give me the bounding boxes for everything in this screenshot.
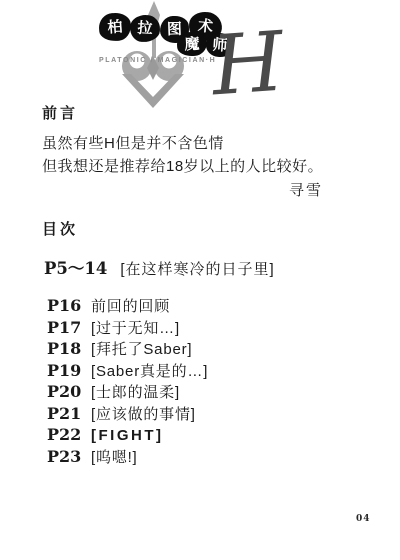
preface-line: 但我想还是推荐给18岁以上的人比较好。 [42,156,323,179]
toc-row-page: P17 [47,318,91,337]
preface-line: 虽然有些H但是并不含色情 [42,133,323,156]
toc-feature-row: P5～14[在这样寒冷的日子里] [44,255,275,279]
toc-row: P22[FIGHT] [47,425,208,447]
toc-row-title: [拜托了Saber] [91,338,192,359]
toc-row: P21[应该做的事情] [47,403,208,425]
toc-heading: 目次 [42,218,78,239]
toc-row-title: [士郎的温柔] [91,381,180,402]
logo-big-h: H [209,22,286,109]
page-number: 04 [356,514,371,524]
toc-row-page: P19 [47,361,91,380]
toc-row-title: [Saber真是的…] [91,360,208,381]
toc-row-page: P21 [47,404,91,423]
toc-feature-title: [在这样寒冷的日子里] [120,261,274,278]
preface-heading: 前言 [42,102,78,123]
toc-row: P16前回的回顾 [47,295,208,317]
logo-subtitle: PLATONIC / MAGICIAN·H [99,57,216,64]
logo-char-blob: 魔 [176,31,207,57]
toc-row-title: [过于无知…] [91,317,180,338]
toc-row-title: 前回的回顾 [91,295,170,316]
author-signature: 寻雪 [42,179,323,200]
toc-feature-pages: P5～14 [44,259,107,278]
toc-row: P17[过于无知…] [47,317,208,339]
toc-row: P18[拜托了Saber] [47,338,208,360]
toc-row: P20[士郎的温柔] [47,381,208,403]
toc-row-title: [呜嗯!] [91,446,138,467]
toc-row-page: P20 [47,382,91,401]
toc-row-page: P18 [47,339,91,358]
doujinshi-toc-page: 柏 拉 图 术 魔 师 PLATONIC / MAGICIAN·H H 前言 虽… [0,0,400,560]
toc-list: P16前回的回顾 P17[过于无知…] P18[拜托了Saber] P19[Sa… [47,295,208,468]
toc-row-title: [应该做的事情] [91,403,196,424]
toc-row: P19[Saber真是的…] [47,360,208,382]
toc-row: P23[呜嗯!] [47,446,208,468]
preface-body: 虽然有些H但是并不含色情 但我想还是推荐给18岁以上的人比较好。 [42,133,323,178]
toc-row-page: P16 [47,296,91,315]
toc-row-page: P22 [47,425,91,444]
toc-row-page: P23 [47,447,91,466]
toc-row-title: [FIGHT] [91,427,163,444]
